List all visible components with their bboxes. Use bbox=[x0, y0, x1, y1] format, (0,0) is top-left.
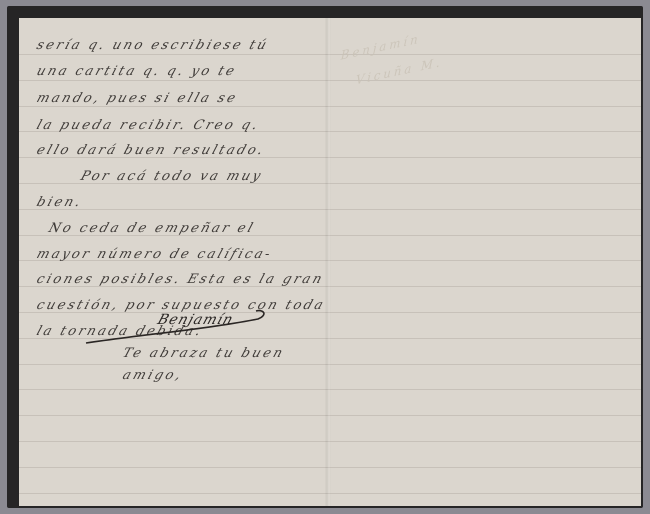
page-fold bbox=[325, 18, 331, 506]
handwriting-line: mando, pues si ella se bbox=[35, 91, 240, 106]
handwriting-line: Por acá todo va muy bbox=[79, 169, 265, 184]
handwriting-line: sería q. uno escribiese tú bbox=[35, 38, 271, 53]
handwriting-line: amigo, bbox=[121, 368, 185, 383]
handwriting-line: ello dará buen resultado. bbox=[35, 143, 268, 158]
handwriting-line: una cartita q. q. yo te bbox=[35, 64, 239, 79]
handwriting-line: la pueda recibir. Creo q. bbox=[35, 118, 262, 133]
handwriting-line: ciones posibles. Esta es la gran bbox=[35, 272, 327, 287]
signature-flourish bbox=[78, 305, 278, 350]
letter-paper: sería q. uno escribiese tú una cartita q… bbox=[19, 18, 641, 506]
handwriting-line: bien. bbox=[35, 195, 85, 210]
handwriting-line: mayor número de calífica- bbox=[35, 247, 275, 262]
document-frame: sería q. uno escribiese tú una cartita q… bbox=[7, 6, 643, 508]
handwriting-line: No ceda de empeñar el bbox=[47, 221, 257, 236]
